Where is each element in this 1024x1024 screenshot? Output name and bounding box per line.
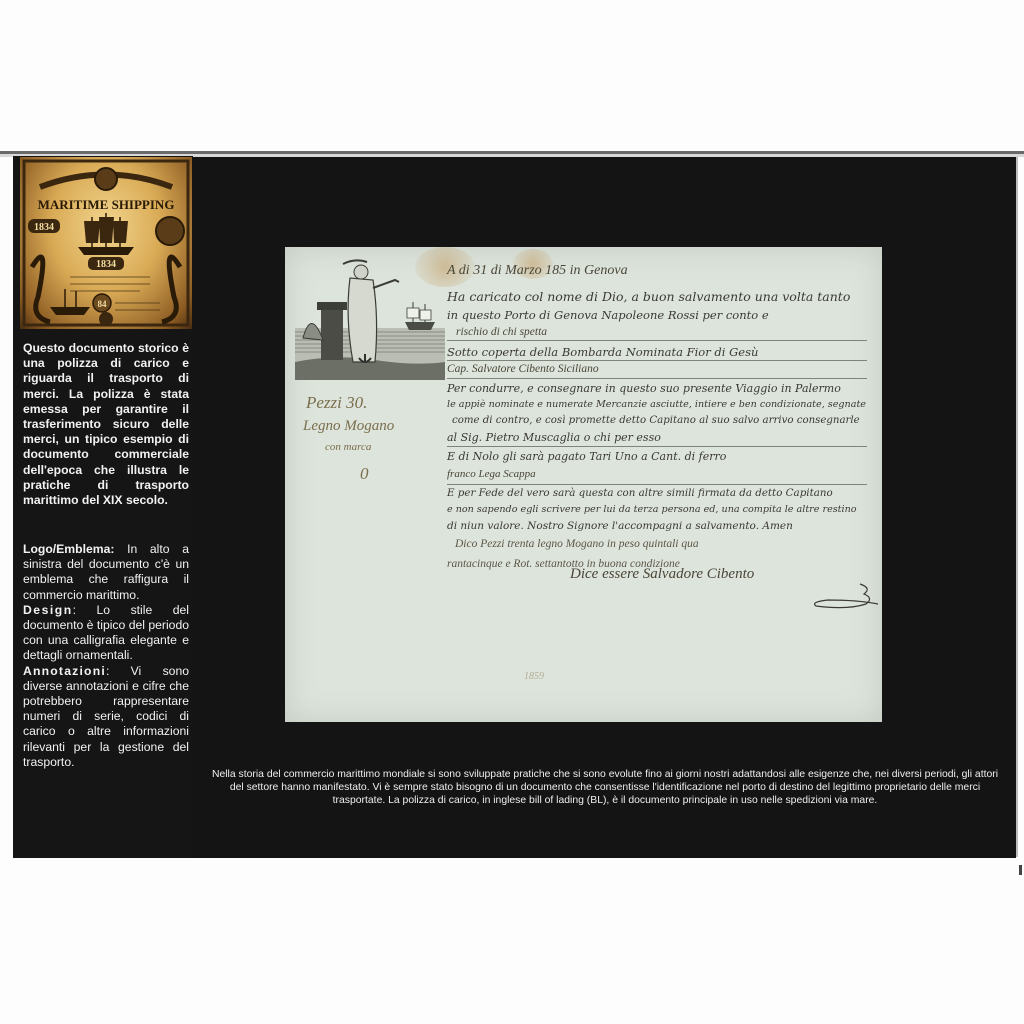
note-design-label: Design: [23, 603, 73, 617]
doc-line: Sotto coperta della Bombarda Nominata Fi…: [447, 345, 758, 359]
note-design: Design: Lo stile del documento è tipico …: [23, 603, 189, 664]
svg-text:MARITIME SHIPPING: MARITIME SHIPPING: [38, 197, 175, 212]
margin-note-wood: Legno Mogano: [303, 418, 394, 435]
signature: Dice essere Salvadore Cibento: [570, 566, 754, 583]
doc-line: al Sig. Pietro Muscaglia o chi per esso: [447, 431, 661, 444]
svg-text:1834: 1834: [34, 222, 54, 233]
doc-line: Cap. Salvatore Cibento Siciliano: [447, 363, 599, 375]
sidebar-notes: Logo/Emblema: In alto a sinistra del doc…: [23, 542, 189, 770]
doc-line: e non sapendo egli scrivere per lui da t…: [447, 504, 857, 515]
margin-note-zero: 0: [360, 464, 369, 484]
caption-text: Nella storia del commercio marittimo mon…: [210, 768, 1000, 807]
frame-right-edge-mark: [1019, 865, 1022, 875]
maritime-shipping-emblem: MARITIME SHIPPING 1834 1834 84: [20, 157, 192, 329]
ruled-line: [447, 378, 867, 379]
doc-line: E di Nolo gli sarà pagato Tari Uno a Can…: [447, 450, 726, 463]
svg-text:84: 84: [98, 299, 108, 309]
doc-line-goods: Dico Pezzi trenta legno Mogano in peso q…: [455, 538, 699, 550]
frame-right-edge: [1016, 157, 1018, 857]
note-annotations-label: Annotazioni: [23, 664, 106, 678]
ruled-line: [447, 446, 867, 447]
doc-line: Ha caricato col nome di Dio, a buon salv…: [447, 289, 850, 304]
ruled-line: [447, 360, 867, 361]
bottom-pencil-note: 1859: [524, 671, 544, 682]
margin-note-pieces: Pezzi 30.: [306, 393, 367, 413]
doc-line: le appiè nominate e numerate Mercanzie a…: [447, 399, 866, 410]
svg-text:1834: 1834: [96, 259, 116, 270]
allegorical-engraving-icon: [295, 258, 445, 380]
note-logo-label: Logo/Emblema:: [23, 542, 114, 556]
note-annotations: Annotazioni: Vi sono diverse annotazioni…: [23, 664, 189, 770]
emblem-illustration-icon: MARITIME SHIPPING 1834 1834 84: [20, 157, 192, 329]
doc-line: di niun valore. Nostro Signore l'accompa…: [447, 520, 793, 532]
doc-line-date: A di 31 di Marzo 185 in Genova: [447, 263, 628, 279]
margin-note-mark: con marca: [325, 441, 371, 453]
doc-line: E per Fede del vero sarà questa con altr…: [447, 487, 833, 499]
ruled-line: [447, 340, 867, 341]
doc-line: come di contro, e così promette detto Ca…: [452, 415, 860, 426]
signature-flourish-icon: [808, 582, 880, 612]
sidebar-intro-text: Questo documento storico è una polizza d…: [23, 341, 189, 508]
doc-line: rischio di chi spetta: [456, 326, 547, 338]
note-logo: Logo/Emblema: In alto a sinistra del doc…: [23, 542, 189, 603]
doc-line: in questo Porto di Genova Napoleone Ross…: [447, 308, 769, 322]
doc-line: franco Lega Scappa: [447, 468, 536, 480]
note-annotations-text: : Vi sono diverse annotazioni e cifre ch…: [23, 664, 189, 769]
ruled-line: [447, 484, 867, 485]
doc-line: Per condurre, e consegnare in questo suo…: [447, 382, 841, 395]
